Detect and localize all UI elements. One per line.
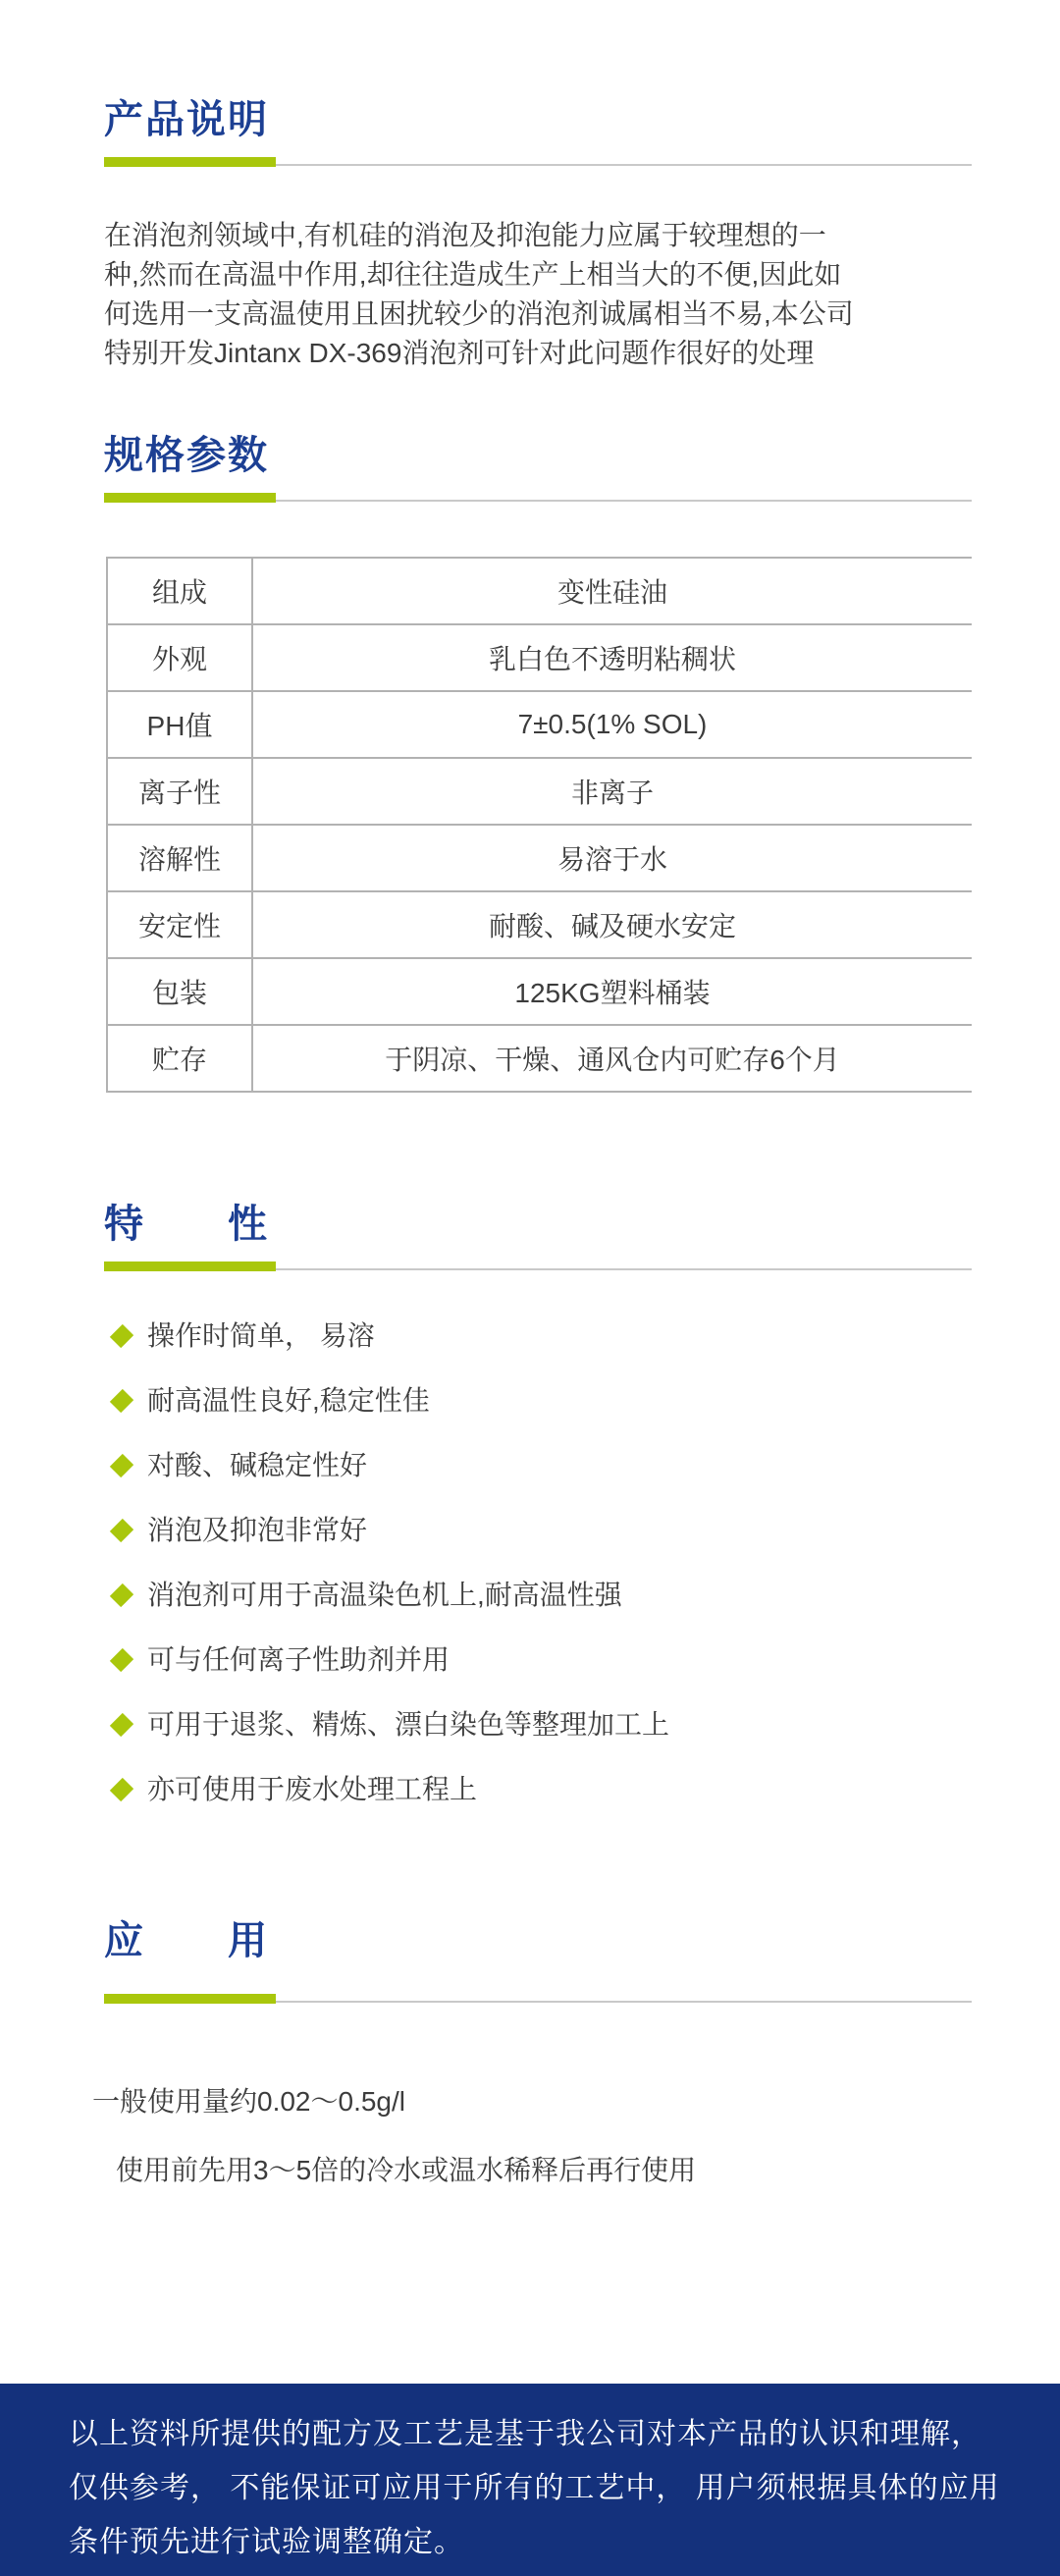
spec-label: PH值: [106, 692, 253, 757]
footer-line: 条件预先进行试验调整确定。: [69, 2515, 1001, 2569]
feature-text: 操作时简单， 易溶: [147, 1316, 375, 1356]
list-item: 对酸、碱稳定性好: [104, 1446, 972, 1485]
list-item: 可用于退浆、精炼、漂白染色等整理加工上: [104, 1705, 972, 1744]
spec-value: 易溶于水: [253, 826, 972, 890]
table-row: 安定性 耐酸、碱及硬水安定: [106, 892, 972, 959]
feature-text: 耐高温性良好,稳定性佳: [147, 1381, 430, 1421]
section-specs: 规格参数 组成 变性硅油 外观 乳白色不透明粘稠状 PH值 7±0.5(1% S…: [104, 434, 972, 1093]
section-title-description: 产品说明: [104, 98, 972, 141]
table-row: PH值 7±0.5(1% SOL): [106, 692, 972, 759]
spec-value: 125KG塑料桶装: [253, 959, 972, 1024]
table-row: 离子性 非离子: [106, 759, 972, 826]
feature-text: 亦可使用于废水处理工程上: [147, 1770, 477, 1809]
application-text: 一般使用量约0.02～0.5g/l 使用前先用3～5倍的冷水或温水稀释后再行使用: [104, 2082, 972, 2190]
application-line: 使用前先用3～5倍的冷水或温水稀释后再行使用: [116, 2151, 972, 2190]
feature-text: 可与任何离子性助剂并用: [147, 1640, 450, 1680]
table-row: 溶解性 易溶于水: [106, 826, 972, 892]
diamond-bullet-icon: [110, 1389, 133, 1413]
footer-line: 仅供参考， 不能保证可应用于所有的工艺中， 用户须根据具体的应用: [69, 2461, 1001, 2515]
description-line: 种,然而在高温中作用,却往往造成生产上相当大的不便,因此如: [104, 255, 972, 295]
spec-value: 7±0.5(1% SOL): [253, 692, 972, 757]
table-row: 贮存 于阴凉、干燥、通风仓内可贮存6个月: [106, 1026, 972, 1093]
section-title-features: 特 性: [104, 1203, 972, 1246]
page-content: 产品说明 在消泡剂领域中,有机硅的消泡及抑泡能力应属于较理想的一 种,然而在高温…: [0, 98, 1060, 2190]
spec-value: 于阴凉、干燥、通风仓内可贮存6个月: [253, 1026, 972, 1091]
spec-label: 离子性: [106, 759, 253, 824]
section-features: 特 性 操作时简单， 易溶 耐高温性良好,稳定性佳 对酸、碱稳定性好 消泡及抑泡…: [104, 1203, 972, 1809]
list-item: 亦可使用于废水处理工程上: [104, 1770, 972, 1809]
diamond-bullet-icon: [110, 1713, 133, 1737]
green-accent-bar: [104, 493, 276, 503]
diamond-bullet-icon: [110, 1324, 133, 1348]
description-line: 何选用一支高温使用且困扰较少的消泡剂诚属相当不易,本公司: [104, 295, 972, 334]
description-paragraph: 在消泡剂领域中,有机硅的消泡及抑泡能力应属于较理想的一 种,然而在高温中作用,却…: [104, 216, 972, 373]
spec-label: 安定性: [106, 892, 253, 957]
diamond-bullet-icon: [110, 1648, 133, 1672]
diamond-bullet-icon: [110, 1778, 133, 1801]
section-underline: [104, 1261, 972, 1271]
product-sheet-page: { "theme": { "accent_blue": "#1c3f93", "…: [0, 0, 1060, 2576]
spec-value: 耐酸、碱及硬水安定: [253, 892, 972, 957]
application-line: 一般使用量约0.02～0.5g/l: [92, 2082, 972, 2121]
spec-label: 外观: [106, 625, 253, 690]
section-title-application: 应 用: [104, 1919, 972, 1962]
table-row: 包装 125KG塑料桶装: [106, 959, 972, 1026]
green-accent-bar: [104, 1261, 276, 1271]
list-item: 消泡剂可用于高温染色机上,耐高温性强: [104, 1576, 972, 1615]
green-accent-bar: [104, 157, 276, 167]
feature-text: 消泡及抑泡非常好: [147, 1511, 367, 1550]
section-underline: [104, 157, 972, 167]
table-row: 外观 乳白色不透明粘稠状: [106, 625, 972, 692]
diamond-bullet-icon: [110, 1519, 133, 1542]
spec-label: 包装: [106, 959, 253, 1024]
spec-value: 非离子: [253, 759, 972, 824]
feature-text: 消泡剂可用于高温染色机上,耐高温性强: [147, 1576, 622, 1615]
spec-label: 组成: [106, 559, 253, 623]
list-item: 操作时简单， 易溶: [104, 1316, 972, 1356]
spec-table: 组成 变性硅油 外观 乳白色不透明粘稠状 PH值 7±0.5(1% SOL) 离…: [106, 557, 972, 1093]
section-application: 应 用 一般使用量约0.02～0.5g/l 使用前先用3～5倍的冷水或温水稀释后…: [104, 1919, 972, 2190]
feature-list: 操作时简单， 易溶 耐高温性良好,稳定性佳 对酸、碱稳定性好 消泡及抑泡非常好 …: [104, 1316, 972, 1809]
diamond-bullet-icon: [110, 1454, 133, 1477]
spec-value: 变性硅油: [253, 559, 972, 623]
list-item: 可与任何离子性助剂并用: [104, 1640, 972, 1680]
spec-label: 贮存: [106, 1026, 253, 1091]
diamond-bullet-icon: [110, 1583, 133, 1607]
table-row: 组成 变性硅油: [106, 559, 972, 625]
spec-label: 溶解性: [106, 826, 253, 890]
section-underline: [104, 493, 972, 503]
description-line: 特别开发Jintanx DX-369消泡剂可针对此问题作很好的处理: [104, 334, 972, 373]
feature-text: 可用于退浆、精炼、漂白染色等整理加工上: [147, 1705, 669, 1744]
spec-value: 乳白色不透明粘稠状: [253, 625, 972, 690]
description-line: 在消泡剂领域中,有机硅的消泡及抑泡能力应属于较理想的一: [104, 216, 972, 255]
footer: 以上资料所提供的配方及工艺是基于我公司对本产品的认识和理解， 仅供参考， 不能保…: [0, 2384, 1060, 2576]
section-description: 产品说明 在消泡剂领域中,有机硅的消泡及抑泡能力应属于较理想的一 种,然而在高温…: [104, 98, 972, 373]
section-title-specs: 规格参数: [104, 434, 972, 477]
footer-line: 以上资料所提供的配方及工艺是基于我公司对本产品的认识和理解，: [69, 2407, 1001, 2461]
green-accent-bar: [104, 1994, 276, 2004]
section-underline: [104, 1994, 972, 2004]
feature-text: 对酸、碱稳定性好: [147, 1446, 367, 1485]
list-item: 耐高温性良好,稳定性佳: [104, 1381, 972, 1421]
list-item: 消泡及抑泡非常好: [104, 1511, 972, 1550]
